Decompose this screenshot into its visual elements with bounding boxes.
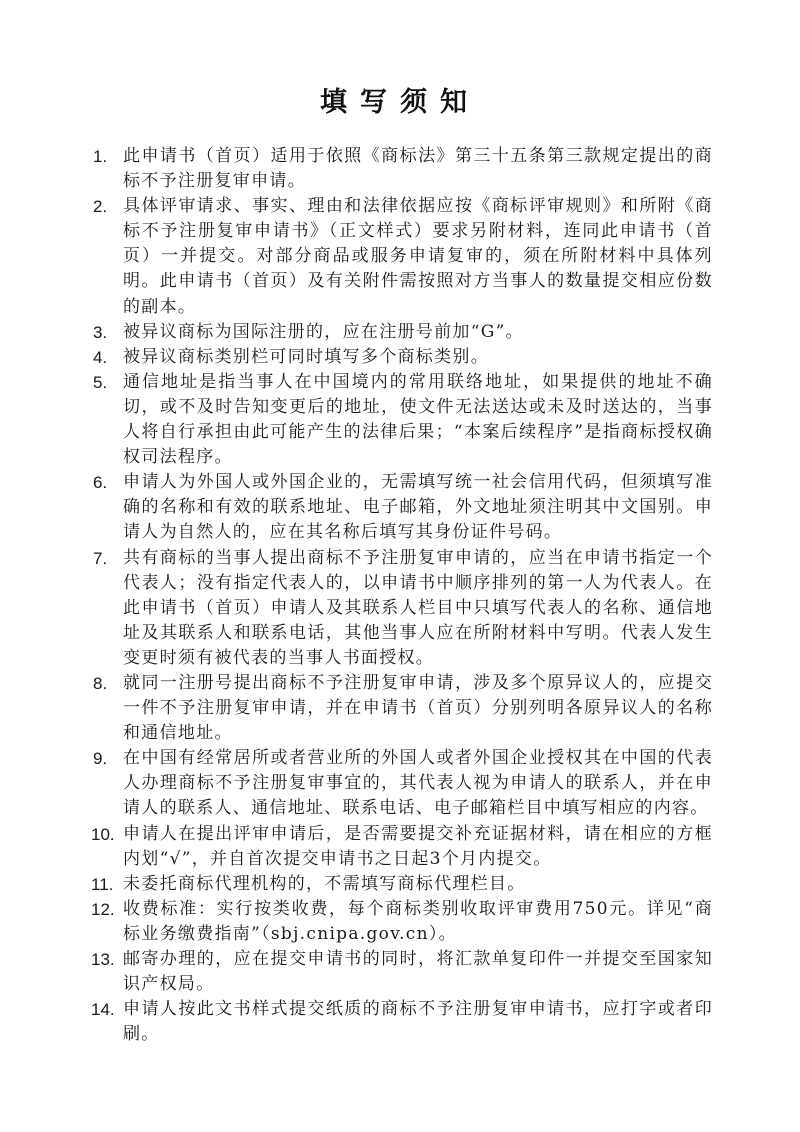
instruction-item-1: 1.此申请书（首页）适用于依照《商标法》第三十五条第三款规定提出的商标不予注册复… bbox=[93, 144, 713, 194]
item-text: 被异议商标类别栏可同时填写多个商标类别。 bbox=[123, 347, 489, 367]
item-number: 8. bbox=[93, 671, 107, 696]
instruction-item-7: 7.共有商标的当事人提出商标不予注册复审申请的，应当在申请书指定一个代表人；没有… bbox=[93, 546, 713, 671]
item-text: 申请人按此文书样式提交纸质的商标不予注册复审申请书，应打字或者印刷。 bbox=[123, 999, 713, 1044]
instruction-item-4: 4.被异议商标类别栏可同时填写多个商标类别。 bbox=[93, 345, 713, 370]
item-text: 被异议商标为国际注册的，应在注册号前加“G”。 bbox=[123, 322, 524, 342]
item-text: 申请人在提出评审申请后，是否需要提交补充证据材料，请在相应的方框内划“√”，并自… bbox=[123, 824, 713, 869]
item-text: 共有商标的当事人提出商标不予注册复审申请的，应当在申请书指定一个代表人；没有指定… bbox=[123, 548, 713, 668]
instruction-item-2: 2.具体评审请求、事实、理由和法律依据应按《商标评审规则》和所附《商标不予注册复… bbox=[93, 194, 713, 319]
item-number: 6. bbox=[93, 470, 107, 495]
instruction-item-13: 13.邮寄办理的，应在提交申请书的同时，将汇款单复印件一并提交至国家知识产权局。 bbox=[93, 947, 713, 997]
item-number: 5. bbox=[93, 370, 107, 395]
item-text: 具体评审请求、事实、理由和法律依据应按《商标评审规则》和所附《商标不予注册复审申… bbox=[123, 196, 713, 316]
instruction-item-9: 9.在中国有经常居所或者营业所的外国人或者外国企业授权其在中国的代表人办理商标不… bbox=[93, 746, 713, 821]
item-text: 通信地址是指当事人在中国境内的常用联络地址，如果提供的地址不确切，或不及时告知变… bbox=[123, 372, 713, 467]
instruction-item-11: 11.未委托商标代理机构的，不需填写商标代理栏目。 bbox=[93, 872, 713, 897]
item-number: 4. bbox=[93, 345, 107, 370]
item-number: 7. bbox=[93, 546, 107, 571]
item-number: 11. bbox=[91, 872, 113, 897]
item-text: 邮寄办理的，应在提交申请书的同时，将汇款单复印件一并提交至国家知识产权局。 bbox=[123, 949, 713, 994]
instruction-item-14: 14.申请人按此文书样式提交纸质的商标不予注册复审申请书，应打字或者印刷。 bbox=[93, 997, 713, 1047]
item-text: 申请人为外国人或外国企业的，无需填写统一社会信用代码，但须填写准确的名称和有效的… bbox=[123, 472, 713, 542]
item-number: 12. bbox=[91, 897, 115, 922]
item-text: 在中国有经常居所或者营业所的外国人或者外国企业授权其在中国的代表人办理商标不予注… bbox=[123, 748, 713, 818]
instruction-item-5: 5.通信地址是指当事人在中国境内的常用联络地址，如果提供的地址不确切，或不及时告… bbox=[93, 370, 713, 470]
instruction-item-8: 8.就同一注册号提出商标不予注册复审申请，涉及多个原异议人的，应提交一件不予注册… bbox=[93, 671, 713, 746]
item-text: 收费标准：实行按类收费，每个商标类别收取评审费用750元。详见“商标业务缴费指南… bbox=[123, 899, 713, 944]
item-number: 3. bbox=[93, 320, 107, 345]
item-number: 14. bbox=[91, 997, 115, 1022]
page-title: 填写须知 bbox=[0, 80, 800, 119]
instructions-list: 1.此申请书（首页）适用于依照《商标法》第三十五条第三款规定提出的商标不予注册复… bbox=[93, 144, 713, 1047]
item-text: 未委托商标代理机构的，不需填写商标代理栏目。 bbox=[123, 874, 526, 894]
item-number: 9. bbox=[93, 746, 107, 771]
item-number: 2. bbox=[93, 194, 107, 219]
instruction-item-6: 6.申请人为外国人或外国企业的，无需填写统一社会信用代码，但须填写准确的名称和有… bbox=[93, 470, 713, 545]
instruction-item-10: 10.申请人在提出评审申请后，是否需要提交补充证据材料，请在相应的方框内划“√”… bbox=[93, 822, 713, 872]
item-number: 10. bbox=[91, 822, 115, 847]
item-number: 13. bbox=[91, 947, 115, 972]
item-number: 1. bbox=[93, 144, 107, 169]
item-text: 就同一注册号提出商标不予注册复审申请，涉及多个原异议人的，应提交一件不予注册复审… bbox=[123, 673, 713, 743]
instruction-item-3: 3.被异议商标为国际注册的，应在注册号前加“G”。 bbox=[93, 320, 713, 345]
instruction-item-12: 12.收费标准：实行按类收费，每个商标类别收取评审费用750元。详见“商标业务缴… bbox=[93, 897, 713, 947]
item-text: 此申请书（首页）适用于依照《商标法》第三十五条第三款规定提出的商标不予注册复审申… bbox=[123, 146, 713, 191]
